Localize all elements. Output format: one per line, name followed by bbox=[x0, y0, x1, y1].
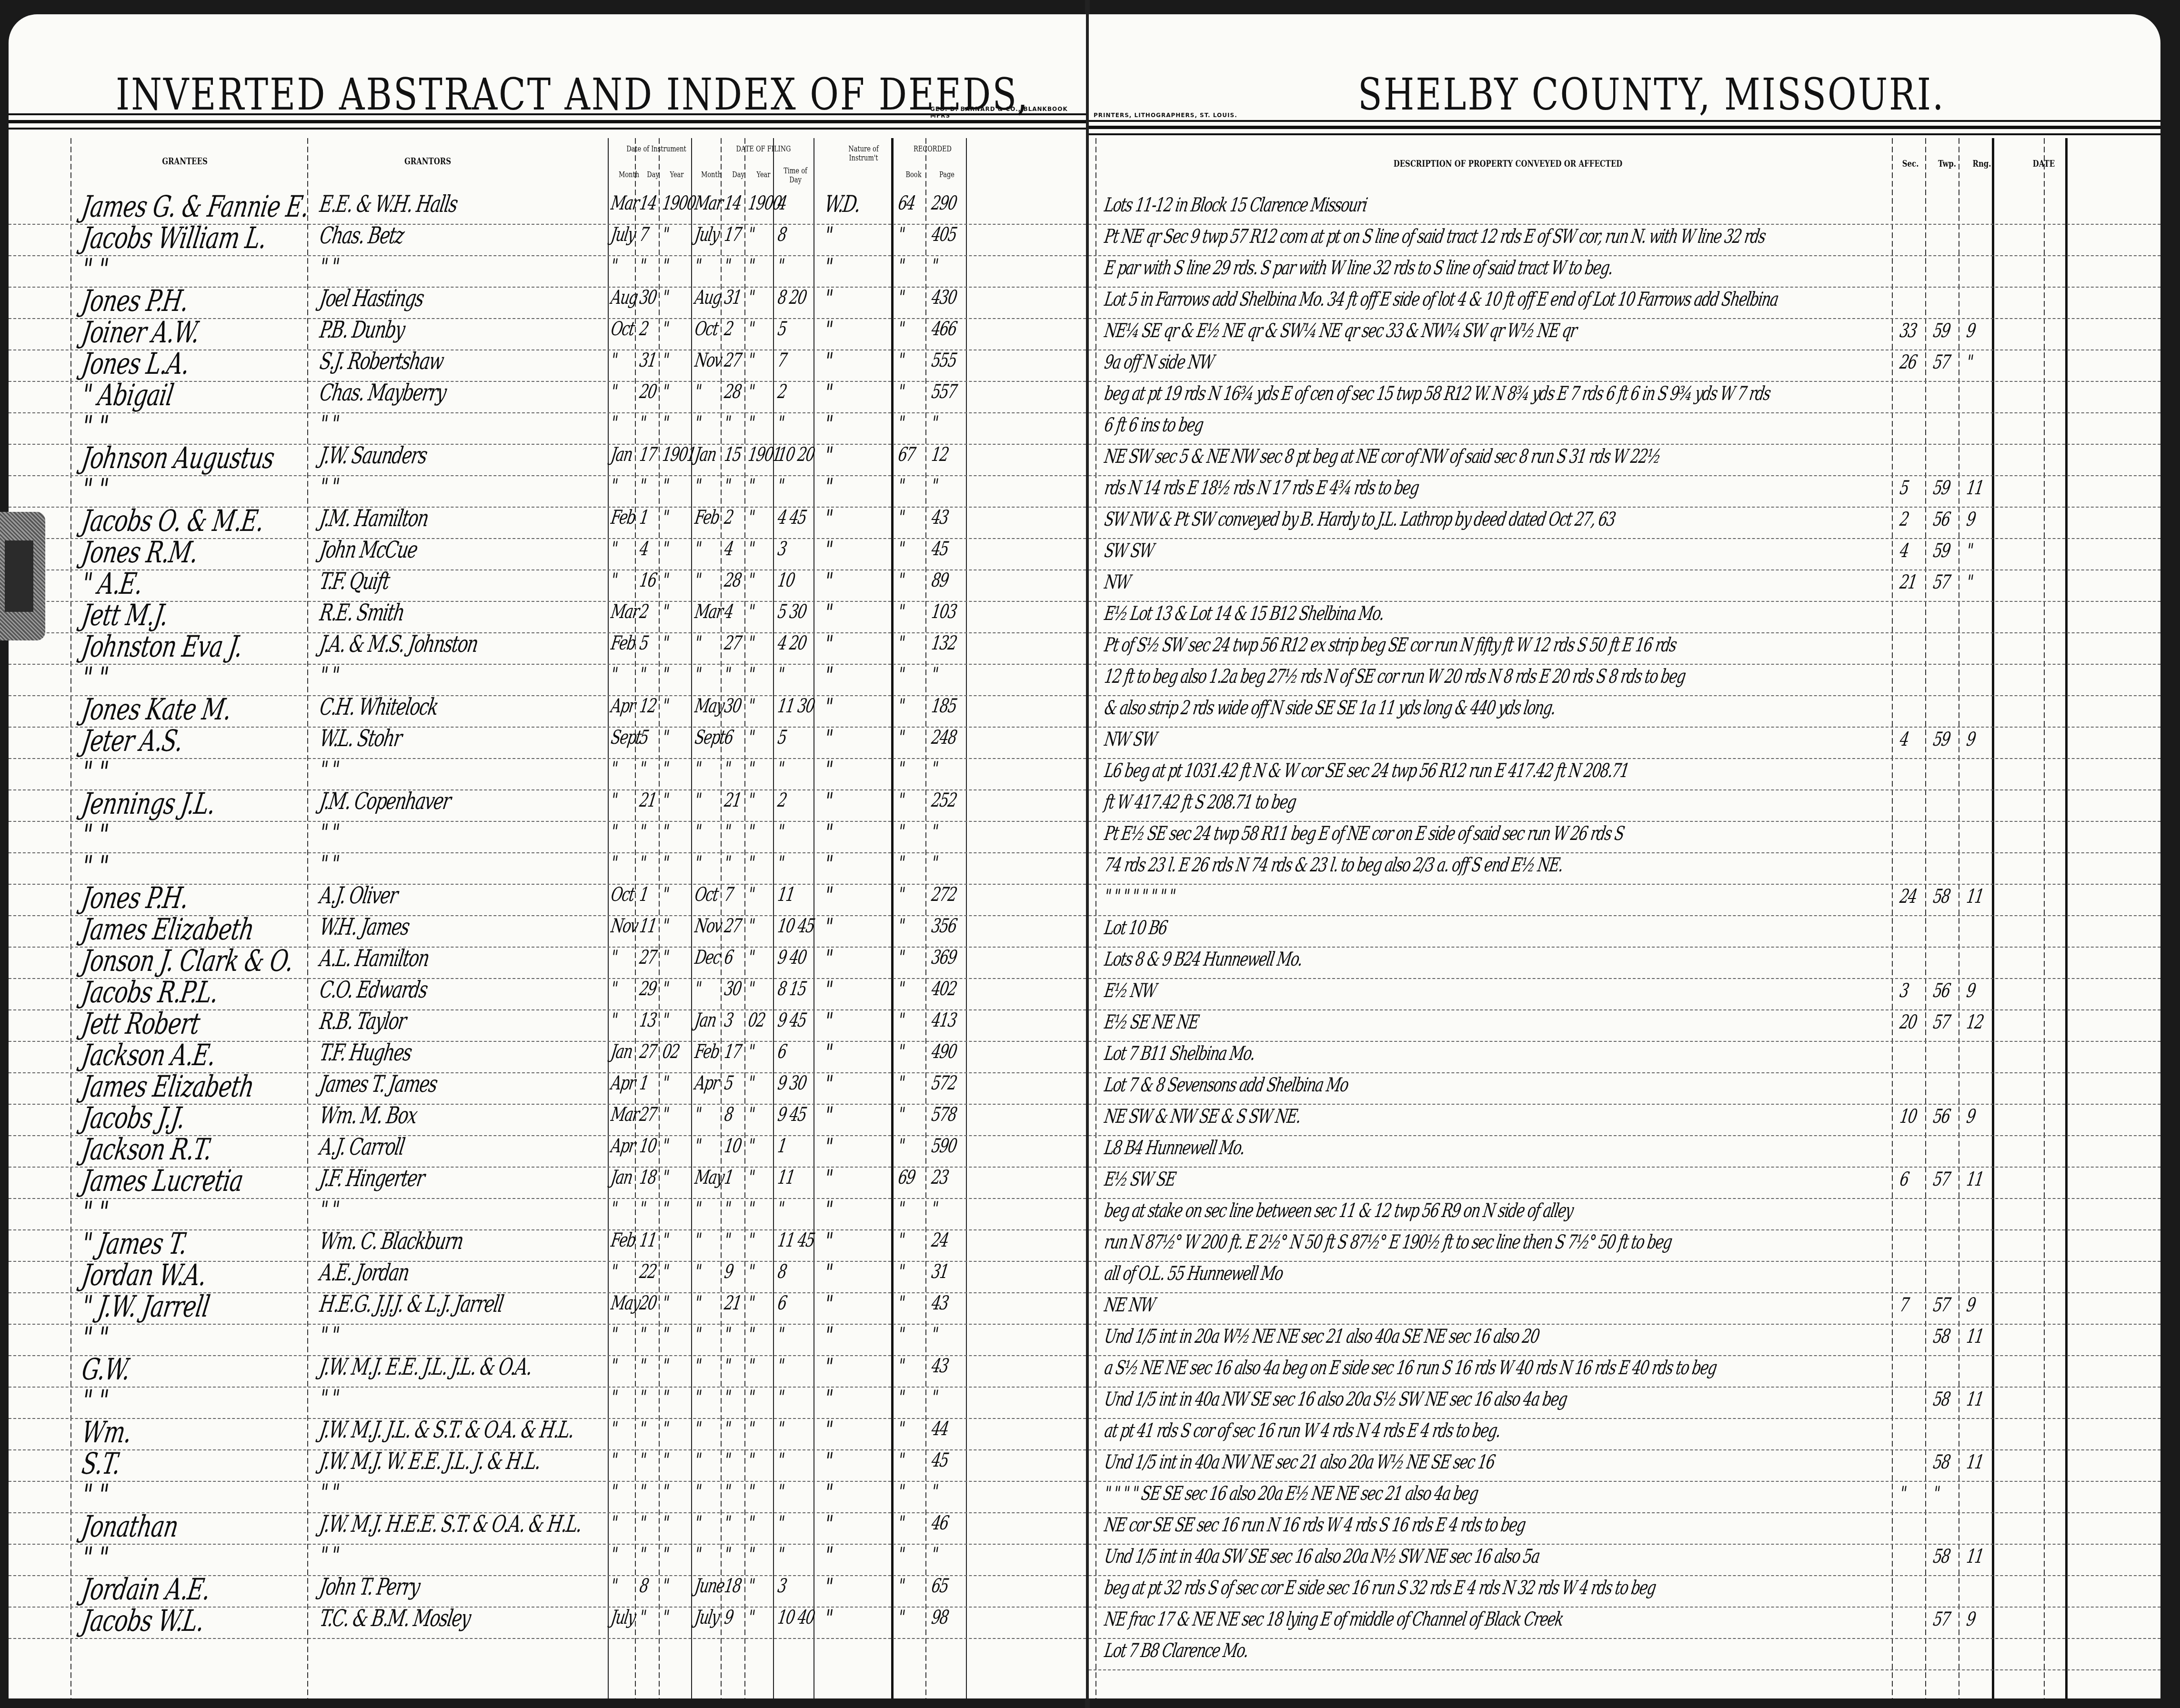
township-number: 59 bbox=[1932, 542, 1951, 561]
property-description: rds N 14 rds E 18½ rds N 17 rds E 4¾ rds… bbox=[1103, 479, 1420, 499]
grantee-name: Wm. bbox=[80, 1417, 133, 1447]
instrument-year: " bbox=[661, 509, 670, 528]
filing-year: " bbox=[747, 634, 755, 654]
filing-day: 10 bbox=[723, 1137, 743, 1157]
record-page: 578 bbox=[930, 1106, 958, 1125]
grantor-name: Chas. Mayberry bbox=[318, 381, 447, 405]
instrument-year: " bbox=[661, 1577, 670, 1597]
col-header-date-instrument: Date of Instrument bbox=[616, 145, 697, 154]
row-rule bbox=[9, 821, 1086, 822]
grantor-name: John T. Perry bbox=[318, 1576, 421, 1599]
grantee-name: G.W. bbox=[80, 1354, 132, 1384]
instrument-month: Jan bbox=[610, 1169, 633, 1188]
row-rule bbox=[1089, 1324, 2160, 1325]
record-book: " bbox=[897, 1106, 905, 1125]
col-header-file-year: Year bbox=[752, 170, 775, 180]
instrument-nature: " bbox=[823, 1261, 834, 1285]
printer-imprint-right: PRINTERS, LITHOGRAPHERS, ST. LOUIS. bbox=[1094, 112, 1237, 119]
row-rule bbox=[1089, 255, 2160, 256]
grantor-name: C.H. Whitelock bbox=[318, 696, 439, 719]
instrument-day: 10 bbox=[638, 1137, 658, 1157]
filing-time: 9 30 bbox=[776, 1074, 807, 1094]
instrument-day: " bbox=[638, 257, 647, 277]
filing-time: " bbox=[776, 1420, 785, 1439]
instrument-year: " bbox=[661, 1200, 670, 1219]
filing-month: May bbox=[693, 697, 725, 717]
record-book: " bbox=[897, 791, 905, 811]
instrument-year: " bbox=[661, 760, 670, 779]
instrument-nature: " bbox=[823, 884, 834, 908]
filing-time: 6 bbox=[776, 1294, 787, 1314]
filing-day: " bbox=[723, 1200, 732, 1219]
filing-year: " bbox=[747, 226, 755, 245]
column-divider bbox=[1925, 138, 1926, 1698]
column-divider bbox=[744, 138, 745, 1698]
row-rule bbox=[1089, 444, 2160, 445]
township-number: 58 bbox=[1932, 1390, 1951, 1410]
instrument-month: " bbox=[610, 1483, 618, 1502]
property-description: & also strip 2 rds wide off N side SE SE… bbox=[1103, 699, 1557, 719]
column-divider bbox=[659, 138, 660, 1698]
property-description: Pt NE qr Sec 9 twp 57 R12 com at pt on S… bbox=[1103, 228, 1767, 247]
grantor-name: T.F. Hughes bbox=[318, 1041, 413, 1065]
instrument-year: " bbox=[661, 1357, 670, 1377]
grantee-name: " " bbox=[80, 474, 111, 504]
filing-year: " bbox=[747, 1514, 755, 1534]
row-rule bbox=[9, 1355, 1086, 1356]
instrument-day: " bbox=[638, 1388, 647, 1408]
grantee-name: Jett M.J. bbox=[80, 600, 170, 629]
col-header-inst-day: Day bbox=[643, 170, 663, 180]
filing-time: 10 45 bbox=[776, 917, 815, 937]
grantor-name: J.W. M.J. W. E.E. J.L. J. & H.L. bbox=[318, 1450, 542, 1473]
record-page: " bbox=[930, 1546, 939, 1565]
instrument-month: " bbox=[610, 823, 618, 842]
grantor-name: J.M. Copenhaver bbox=[318, 790, 452, 813]
record-book: " bbox=[897, 1577, 905, 1597]
instrument-nature: " bbox=[823, 1481, 834, 1505]
section-number: 24 bbox=[1899, 888, 1918, 907]
instrument-nature: " bbox=[823, 790, 834, 813]
filing-month: " bbox=[693, 1263, 702, 1282]
instrument-day: 27 bbox=[638, 949, 658, 968]
instrument-year: " bbox=[661, 1451, 670, 1471]
filing-year: " bbox=[747, 257, 755, 277]
instrument-month: " bbox=[610, 854, 618, 874]
property-description: Und 1/5 int in 40a NW SE sec 16 also 20a… bbox=[1103, 1390, 1568, 1410]
filing-year: " bbox=[747, 414, 755, 434]
row-rule bbox=[1089, 978, 2160, 979]
filing-time: 4 45 bbox=[776, 509, 807, 528]
instrument-day: 13 bbox=[638, 1011, 658, 1031]
instrument-month: " bbox=[610, 257, 618, 277]
instrument-day: 17 bbox=[638, 446, 658, 465]
filing-month: Mar bbox=[693, 194, 723, 214]
grantee-name: Jonathan bbox=[80, 1511, 180, 1541]
filing-day: 14 bbox=[723, 194, 743, 214]
record-page: 572 bbox=[930, 1074, 958, 1094]
section-number: " bbox=[1899, 1485, 1907, 1504]
record-book: " bbox=[897, 1043, 905, 1062]
instrument-nature: " bbox=[823, 727, 834, 750]
col-header-time-of-day: Time of Day bbox=[781, 167, 810, 185]
instrument-day: 1 bbox=[638, 1074, 649, 1094]
grantee-name: James Elizabeth bbox=[80, 914, 256, 944]
record-page: " bbox=[930, 760, 939, 779]
filing-month: " bbox=[693, 1357, 702, 1377]
township-number: 58 bbox=[1932, 888, 1951, 907]
property-description: Pt of S½ SW sec 24 twp 56 R12 ex strip b… bbox=[1103, 636, 1678, 656]
record-book: " bbox=[897, 603, 905, 622]
property-description: 74 rds 23 l. E 26 rds N 74 rds & 23 l. t… bbox=[1103, 856, 1564, 876]
filing-day: " bbox=[723, 477, 732, 497]
instrument-month: " bbox=[610, 477, 618, 497]
grantee-name: " Abigail bbox=[80, 380, 175, 410]
instrument-day: 5 bbox=[638, 634, 649, 654]
instrument-day: " bbox=[638, 1200, 647, 1219]
instrument-month: " bbox=[610, 1388, 618, 1408]
filing-month: Sept bbox=[693, 729, 726, 748]
row-rule bbox=[1089, 1041, 2160, 1042]
filing-month: Aug bbox=[693, 289, 723, 308]
filing-year: " bbox=[747, 729, 755, 748]
filing-day: " bbox=[723, 1357, 732, 1377]
instrument-year: " bbox=[661, 414, 670, 434]
instrument-day: 31 bbox=[638, 351, 658, 371]
filing-day: 21 bbox=[723, 791, 743, 811]
instrument-nature: " bbox=[823, 1041, 834, 1065]
instrument-nature: " bbox=[823, 916, 834, 939]
instrument-nature: " bbox=[823, 1073, 834, 1096]
section-number: 2 bbox=[1899, 510, 1909, 530]
col-header-sec: Sec. bbox=[1896, 159, 1925, 170]
filing-month: " bbox=[693, 414, 702, 434]
record-page: " bbox=[930, 1326, 939, 1345]
instrument-month: " bbox=[610, 383, 618, 402]
grantee-name: " " bbox=[80, 820, 111, 849]
filing-month: " bbox=[693, 1200, 702, 1219]
record-book: " bbox=[897, 289, 905, 308]
record-page: 272 bbox=[930, 886, 958, 905]
row-rule bbox=[1089, 412, 2160, 413]
filing-month: " bbox=[693, 1231, 702, 1251]
township-number: 56 bbox=[1932, 1108, 1951, 1127]
column-divider bbox=[925, 138, 926, 1698]
grantor-name: " " bbox=[318, 1199, 340, 1222]
filing-day: 17 bbox=[723, 1043, 743, 1062]
instrument-year: " bbox=[661, 1169, 670, 1188]
instrument-month: Jan bbox=[610, 1043, 633, 1062]
record-book: " bbox=[897, 414, 905, 434]
filing-day: 4 bbox=[723, 540, 734, 559]
property-description: NE frac 17 & NE NE sec 18 lying E of mid… bbox=[1103, 1610, 1564, 1630]
filing-year: " bbox=[747, 1326, 755, 1345]
instrument-year: " bbox=[661, 571, 670, 591]
filing-time: " bbox=[776, 760, 785, 779]
row-rule bbox=[1089, 1198, 2160, 1199]
column-divider bbox=[773, 138, 774, 1698]
grantee-name: " " bbox=[80, 851, 111, 881]
instrument-year: " bbox=[661, 540, 670, 559]
record-book: " bbox=[897, 854, 905, 874]
instrument-day: 11 bbox=[638, 917, 658, 937]
instrument-nature: " bbox=[823, 413, 834, 436]
instrument-day: 30 bbox=[638, 289, 658, 308]
filing-year: " bbox=[747, 509, 755, 528]
property-description: SW NW & Pt SW conveyed by B. Hardy to J.… bbox=[1103, 510, 1616, 530]
column-divider bbox=[307, 138, 308, 1698]
record-book: " bbox=[897, 1388, 905, 1408]
filing-day: 27 bbox=[723, 634, 743, 654]
filing-year: " bbox=[747, 477, 755, 497]
grantee-name: " " bbox=[80, 411, 111, 441]
filing-month: Jan bbox=[693, 1011, 717, 1031]
instrument-day: 2 bbox=[638, 603, 649, 622]
record-page: 369 bbox=[930, 949, 958, 968]
instrument-nature: " bbox=[823, 1104, 834, 1128]
instrument-day: 7 bbox=[638, 226, 649, 245]
instrument-month: Aug bbox=[610, 289, 639, 308]
instrument-year: " bbox=[661, 634, 670, 654]
instrument-day: 2 bbox=[638, 320, 649, 340]
record-book: " bbox=[897, 1483, 905, 1502]
record-page: 252 bbox=[930, 791, 958, 811]
column-divider bbox=[966, 138, 967, 1698]
filing-month: Oct bbox=[693, 886, 719, 905]
instrument-nature: " bbox=[823, 570, 834, 593]
instrument-year: " bbox=[661, 666, 670, 685]
property-description: L6 beg at pt 1031.42 ft N & W cor SE sec… bbox=[1103, 762, 1630, 781]
section-number: 21 bbox=[1899, 573, 1918, 593]
filing-month: July bbox=[693, 1608, 720, 1628]
filing-month: Oct bbox=[693, 320, 719, 340]
instrument-nature: " bbox=[823, 759, 834, 782]
record-book: " bbox=[897, 917, 905, 937]
filing-year: " bbox=[747, 666, 755, 685]
property-description: Lot 5 in Farrows add Shelbina Mo. 34 ft … bbox=[1103, 290, 1779, 310]
township-number: " bbox=[1932, 1485, 1940, 1504]
record-book: " bbox=[897, 320, 905, 340]
property-description: NE¼ SE qr & E½ NE qr & SW¼ NE qr sec 33 … bbox=[1103, 322, 1578, 341]
filing-time: 9 45 bbox=[776, 1106, 807, 1125]
instrument-month: Feb bbox=[610, 509, 637, 528]
instrument-day: " bbox=[638, 477, 647, 497]
property-description: SW SW bbox=[1103, 542, 1155, 561]
range-number: 11 bbox=[1965, 1170, 1985, 1190]
instrument-month: " bbox=[610, 1514, 618, 1534]
filing-year: " bbox=[747, 760, 755, 779]
instrument-nature: " bbox=[823, 1010, 834, 1033]
grantor-name: H.E.G. J.J.J. & L.J. Jarrell bbox=[318, 1293, 504, 1316]
instrument-nature: " bbox=[823, 633, 834, 656]
instrument-nature: " bbox=[823, 1293, 834, 1316]
row-rule bbox=[1089, 1104, 2160, 1105]
filing-year: " bbox=[747, 823, 755, 842]
property-description: E½ SE NE NE bbox=[1103, 1013, 1200, 1033]
filing-time: 10 20 bbox=[776, 446, 815, 465]
row-rule bbox=[1089, 381, 2160, 382]
record-page: 590 bbox=[930, 1137, 958, 1157]
grantee-name: Jennings J.L. bbox=[80, 789, 217, 818]
record-book: " bbox=[897, 886, 905, 905]
record-page: 555 bbox=[930, 351, 958, 371]
property-description: 9a off N side NW bbox=[1103, 353, 1215, 373]
instrument-nature: " bbox=[823, 224, 834, 248]
col-header-grantees: GRANTEES bbox=[137, 156, 232, 167]
filing-time: 8 bbox=[776, 226, 787, 245]
grantor-name: Wm. C. Blackburn bbox=[318, 1230, 464, 1253]
township-number: 56 bbox=[1932, 510, 1951, 530]
row-rule bbox=[1089, 758, 2160, 759]
grantee-name: " " bbox=[80, 1543, 111, 1572]
filing-day: 7 bbox=[723, 886, 734, 905]
filing-month: " bbox=[693, 666, 702, 685]
row-rule bbox=[1089, 1512, 2160, 1513]
grantor-name: John McCue bbox=[318, 539, 419, 562]
instrument-nature: " bbox=[823, 350, 834, 373]
filing-year: " bbox=[747, 791, 755, 811]
row-rule bbox=[9, 1481, 1086, 1482]
record-page: 45 bbox=[930, 540, 950, 559]
row-rule bbox=[1089, 947, 2160, 948]
row-rule bbox=[1089, 1167, 2160, 1168]
filing-day: 9 bbox=[723, 1263, 734, 1282]
property-description: E½ SW SE bbox=[1103, 1170, 1176, 1190]
instrument-year: " bbox=[661, 351, 670, 371]
filing-year: " bbox=[747, 1483, 755, 1502]
range-number: " bbox=[1965, 542, 1974, 561]
property-description: all of O.L. 55 Hunnewell Mo bbox=[1103, 1265, 1284, 1284]
filing-day: 28 bbox=[723, 383, 743, 402]
record-book: " bbox=[897, 571, 905, 591]
instrument-year: " bbox=[661, 1137, 670, 1157]
record-book: " bbox=[897, 1514, 905, 1534]
property-description: 12 ft to beg also 1.2a beg 27½ rds N of … bbox=[1103, 668, 1687, 687]
instrument-nature: " bbox=[823, 696, 834, 719]
filing-day: " bbox=[723, 1420, 732, 1439]
instrument-day: " bbox=[638, 1357, 647, 1377]
row-rule bbox=[9, 601, 1086, 602]
col-header-page: Page bbox=[933, 170, 961, 180]
property-description: beg at pt 32 rds S of sec cor E side sec… bbox=[1103, 1579, 1657, 1598]
property-description: beg at stake on sec line between sec 11 … bbox=[1103, 1202, 1574, 1221]
grantor-name: R.E. Smith bbox=[318, 601, 405, 625]
record-page: 45 bbox=[930, 1451, 950, 1471]
filing-day: " bbox=[723, 1483, 732, 1502]
property-description: E½ NW bbox=[1103, 982, 1157, 1001]
filing-year: " bbox=[747, 603, 755, 622]
instrument-year: " bbox=[661, 289, 670, 308]
instrument-month: " bbox=[610, 571, 618, 591]
row-rule bbox=[1089, 1544, 2160, 1545]
instrument-day: 20 bbox=[638, 383, 658, 402]
row-rule bbox=[1089, 1449, 2160, 1450]
filing-time: 9 40 bbox=[776, 949, 807, 968]
filing-year: " bbox=[747, 1546, 755, 1565]
instrument-month: " bbox=[610, 1011, 618, 1031]
township-number: 59 bbox=[1932, 322, 1951, 341]
instrument-year: " bbox=[661, 1514, 670, 1534]
filing-month: " bbox=[693, 1451, 702, 1471]
grantee-name: Jones R.M. bbox=[80, 537, 200, 567]
instrument-month: Mar bbox=[610, 194, 640, 214]
filing-month: " bbox=[693, 760, 702, 779]
row-rule bbox=[1089, 538, 2160, 539]
filing-time: " bbox=[776, 1200, 785, 1219]
row-rule bbox=[1089, 1418, 2160, 1419]
filing-month: Mar bbox=[693, 603, 723, 622]
instrument-day: 22 bbox=[638, 1263, 658, 1282]
property-description: at pt 41 rds S cor of sec 16 run W 4 rds… bbox=[1103, 1422, 1501, 1441]
filing-year: " bbox=[747, 383, 755, 402]
instrument-year: 1900 bbox=[661, 194, 697, 214]
instrument-nature: " bbox=[823, 1136, 834, 1159]
filing-time: 10 bbox=[776, 571, 796, 591]
record-book: " bbox=[897, 1074, 905, 1094]
col-header-nature: Nature of Instrum't bbox=[840, 145, 887, 163]
record-page: 89 bbox=[930, 571, 950, 591]
filing-year: " bbox=[747, 1294, 755, 1314]
filing-time: " bbox=[776, 257, 785, 277]
record-book: " bbox=[897, 1357, 905, 1377]
filing-month: " bbox=[693, 854, 702, 874]
filing-year: " bbox=[747, 1420, 755, 1439]
row-rule bbox=[9, 1449, 1086, 1450]
instrument-year: " bbox=[661, 1483, 670, 1502]
instrument-nature: " bbox=[823, 507, 834, 530]
instrument-day: 11 bbox=[638, 1231, 658, 1251]
row-rule bbox=[9, 1544, 1086, 1545]
property-description: Pt E½ SE sec 24 twp 58 R11 beg E of NE c… bbox=[1103, 825, 1625, 844]
record-book: " bbox=[897, 1546, 905, 1565]
filing-time: 7 bbox=[776, 351, 787, 371]
section-number: 5 bbox=[1899, 479, 1909, 499]
instrument-month: " bbox=[610, 980, 618, 999]
property-description: NE NW bbox=[1103, 1296, 1156, 1316]
instrument-month: Apr bbox=[610, 1074, 636, 1094]
instrument-year: " bbox=[661, 1106, 670, 1125]
row-rule bbox=[1089, 1261, 2160, 1262]
range-number: 11 bbox=[1965, 1328, 1985, 1347]
filing-time: " bbox=[776, 1514, 785, 1534]
filing-year: " bbox=[747, 1043, 755, 1062]
record-book: " bbox=[897, 1326, 905, 1345]
header-rule bbox=[9, 128, 1086, 130]
instrument-nature: " bbox=[823, 1576, 834, 1599]
instrument-nature: " bbox=[823, 287, 834, 310]
property-description: " " " " SE SE sec 16 also 20a E½ NE NE s… bbox=[1103, 1485, 1479, 1504]
record-page: 290 bbox=[930, 194, 958, 214]
instrument-nature: " bbox=[823, 444, 834, 468]
filing-month: " bbox=[693, 980, 702, 999]
record-page: " bbox=[930, 666, 939, 685]
filing-day: 27 bbox=[723, 917, 743, 937]
township-number: 58 bbox=[1932, 1548, 1951, 1567]
instrument-nature: " bbox=[823, 664, 834, 688]
grantor-name: " " bbox=[318, 476, 340, 499]
instrument-year: " bbox=[661, 477, 670, 497]
left-page: INVERTED ABSTRACT AND INDEX OF DEEDS, GE… bbox=[9, 14, 1086, 1698]
filing-time: " bbox=[776, 666, 785, 685]
record-page: 24 bbox=[930, 1231, 950, 1251]
col-header-inst-year: Year bbox=[665, 170, 689, 180]
record-book: " bbox=[897, 666, 905, 685]
filing-year: " bbox=[747, 1263, 755, 1282]
row-rule bbox=[1089, 1387, 2160, 1388]
grantee-name: " " bbox=[80, 1480, 111, 1509]
row-rule bbox=[1089, 1292, 2160, 1293]
instrument-month: " bbox=[610, 949, 618, 968]
